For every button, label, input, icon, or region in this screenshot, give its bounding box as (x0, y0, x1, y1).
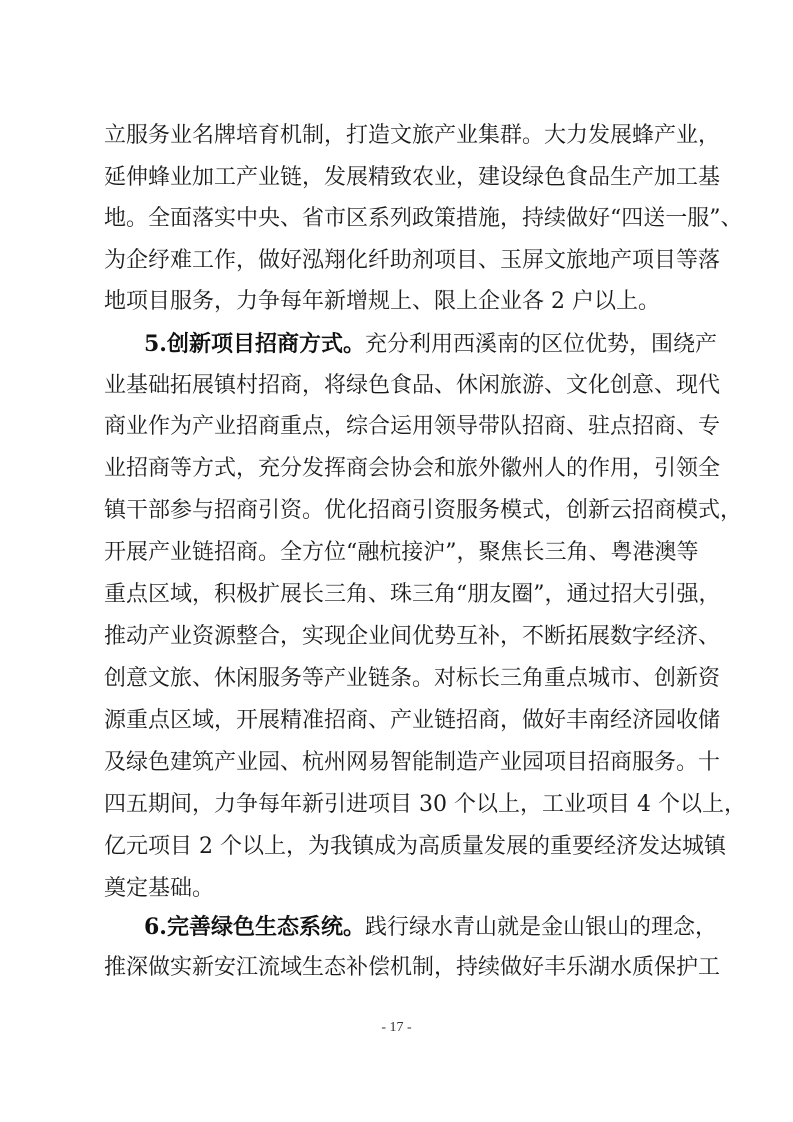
document-page: 立服务业名牌培育机制，打造文旅产业集群。大力发展蜂产业， 延伸蜂业加工产业链，发… (0, 0, 793, 1122)
page-number: - 17 - (0, 1020, 793, 1036)
section-6-first-line: 6.完善绿色生态系统。践行绿水青山就是金山银山的理念， (144, 912, 692, 942)
paragraph-line: 地项目服务，力争每年新增规上、限上企业各 2 户以上。 (104, 287, 692, 317)
paragraph-line: 及绿色建筑产业园、杭州网易智能制造产业园项目招商服务。十 (104, 748, 692, 778)
paragraph-line: 推动产业资源整合，实现企业间优势互补，不断拓展数字经济、 (104, 622, 692, 652)
paragraph-line: 延伸蜂业加工产业链，发展精致农业，建设绿色食品生产加工基 (104, 163, 692, 193)
paragraph-line: 奠定基础。 (104, 874, 692, 904)
paragraph-line: 四五期间，力争每年新引进项目 30 个以上，工业项目 4 个以上， (104, 790, 692, 820)
paragraph-line: 立服务业名牌培育机制，打造文旅产业集群。大力发展蜂产业， (104, 121, 692, 151)
paragraph-line: 源重点区域，开展精准招商、产业链招商，做好丰南经济园收储 (104, 706, 692, 736)
paragraph-line: 业基础拓展镇村招商，将绿色食品、休闲旅游、文化创意、现代 (104, 371, 692, 401)
section-text: 充分利用西溪南的区位优势，围绕产 (365, 332, 717, 357)
section-heading-5: 5.创新项目招商方式。 (144, 331, 365, 357)
paragraph-line: 推深做实新安江流域生态补偿机制，持续做好丰乐湖水质保护工 (104, 953, 692, 983)
paragraph-line: 地。全面落实中央、省市区系列政策措施，持续做好“四送一服”、 (104, 204, 692, 234)
paragraph-line: 亿元项目 2 个以上，为我镇成为高质量发展的重要经济发达城镇 (104, 832, 692, 862)
paragraph-line: 重点区域，积极扩展长三角、珠三角“朋友圈”，通过招大引强， (104, 580, 692, 610)
section-5-first-line: 5.创新项目招商方式。充分利用西溪南的区位优势，围绕产 (144, 329, 692, 359)
paragraph-line: 业招商等方式，充分发挥商会协会和旅外徽州人的作用，引领全 (104, 454, 692, 484)
section-text: 践行绿水青山就是金山银山的理念， (365, 915, 717, 940)
paragraph-line: 开展产业链招商。全方位“融杭接沪”，聚焦长三角、粤港澳等 (104, 538, 692, 568)
paragraph-line: 创意文旅、休闲服务等产业链条。对标长三角重点城市、创新资 (104, 664, 692, 694)
paragraph-line: 商业作为产业招商重点，综合运用领导带队招商、驻点招商、专 (104, 412, 692, 442)
section-heading-6: 6.完善绿色生态系统。 (144, 914, 365, 940)
paragraph-line: 镇干部参与招商引资。优化招商引资服务模式，创新云招商模式， (104, 496, 692, 526)
paragraph-line: 为企纾难工作，做好泓翔化纤助剂项目、玉屏文旅地产项目等落 (104, 246, 692, 276)
